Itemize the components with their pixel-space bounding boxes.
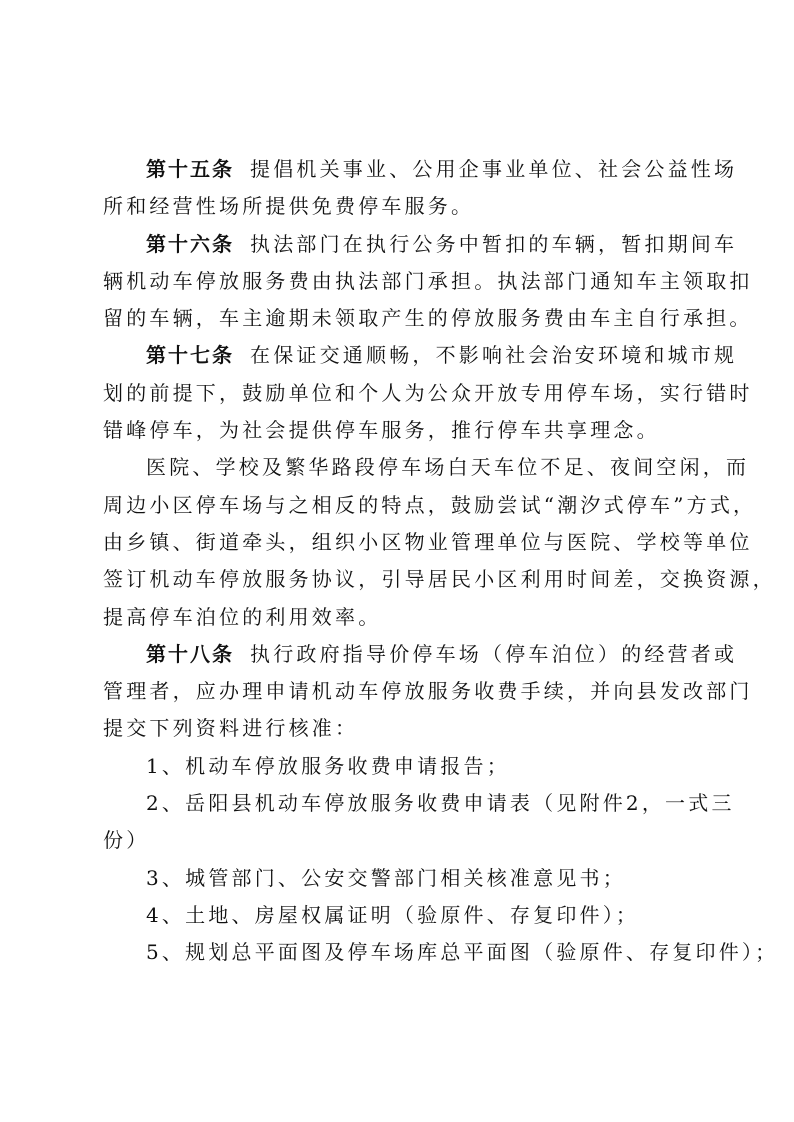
article-heading: 第十六条 — [146, 232, 234, 256]
paragraph-line: 辆机动车停放服务费由执法部门承担。执法部门通知车主领取扣 — [103, 263, 693, 300]
document-body: 第十五条提倡机关事业、公用企事业单位、社会公益性场 所和经营性场所提供免费停车服… — [103, 151, 693, 972]
article-heading: 第十八条 — [146, 642, 234, 666]
list-item: 2、岳阳县机动车停放服务收费申请表（见附件2，一式三 — [103, 785, 693, 822]
paragraph-line: 提高停车泊位的利用效率。 — [103, 599, 693, 636]
list-item: 3、城管部门、公安交警部门相关核准意见书； — [103, 860, 693, 897]
paragraph-line: 错峰停车，为社会提供停车服务，推行停车共享理念。 — [103, 412, 693, 449]
paragraph-line: 所和经营性场所提供免费停车服务。 — [103, 188, 693, 225]
paragraph-line: 签订机动车停放服务协议，引导居民小区利用时间差，交换资源， — [103, 561, 693, 598]
paragraph-line: 第十六条执法部门在执行公务中暂扣的车辆，暂扣期间车 — [103, 226, 693, 263]
paragraph-line: 由乡镇、街道牵头，组织小区物业管理单位与医院、学校等单位 — [103, 524, 693, 561]
paragraph-line: 医院、学校及繁华路段停车场白天车位不足、夜间空闲，而 — [103, 449, 693, 486]
article-heading: 第十五条 — [146, 157, 234, 181]
paragraph-line: 管理者，应办理申请机动车停放服务收费手续，并向县发改部门 — [103, 673, 693, 710]
list-item: 1、机动车停放服务收费申请报告； — [103, 748, 693, 785]
list-item: 4、土地、房屋权属证明（验原件、存复印件）； — [103, 897, 693, 934]
paragraph-line: 周边小区停车场与之相反的特点，鼓励尝试“潮汐式停车”方式， — [103, 487, 693, 524]
paragraph-line: 第十八条执行政府指导价停车场（停车泊位）的经营者或 — [103, 636, 693, 673]
paragraph-line: 第十七条在保证交通顺畅，不影响社会治安环境和城市规 — [103, 337, 693, 374]
paragraph-line: 留的车辆，车主逾期未领取产生的停放服务费由车主自行承担。 — [103, 300, 693, 337]
article-heading: 第十七条 — [146, 343, 234, 367]
list-item: 5、规划总平面图及停车场库总平面图（验原件、存复印件）； — [103, 934, 693, 971]
list-item-continuation: 份） — [103, 822, 693, 859]
paragraph-line: 第十五条提倡机关事业、公用企事业单位、社会公益性场 — [103, 151, 693, 188]
paragraph-line: 提交下列资料进行核准： — [103, 710, 693, 747]
paragraph-line: 划的前提下，鼓励单位和个人为公众开放专用停车场，实行错时 — [103, 375, 693, 412]
